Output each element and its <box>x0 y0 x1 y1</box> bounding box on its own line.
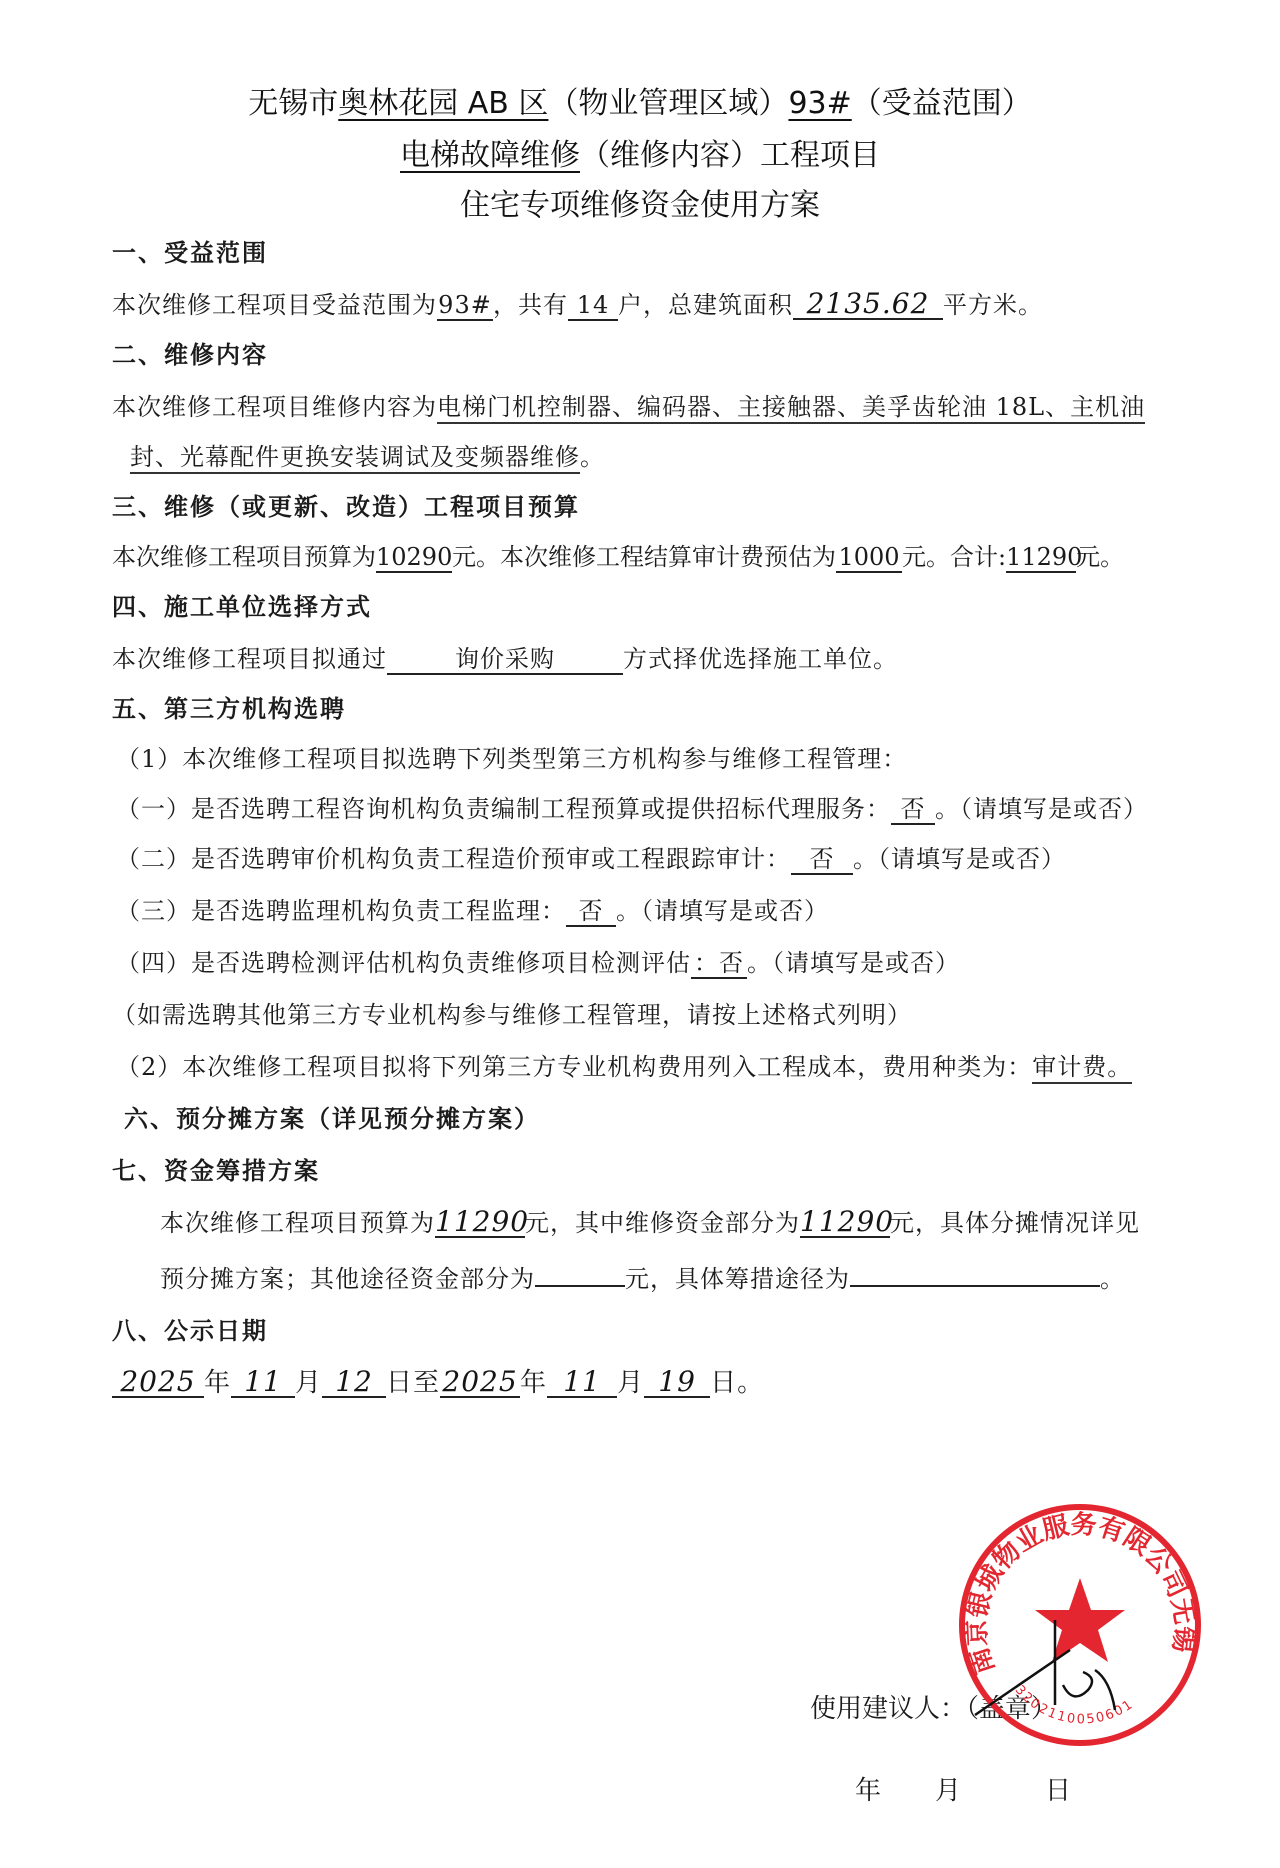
question-2-answer: 否 <box>791 845 853 875</box>
sign-date-month: 月 <box>935 1770 961 1807</box>
question-4-answer: ：否 <box>691 949 747 979</box>
section5-item2: （2）本次维修工程项目拟将下列第三方专业机构费用列入工程成本，费用种类为：审计费… <box>116 1050 1132 1084</box>
question-1-text: （一）是否选聘工程咨询机构负责编制工程预算或提供招标代理服务： <box>116 795 891 823</box>
question-4: （四）是否选聘检测评估机构负责维修项目检测评估：否。（请填写是或否） <box>116 946 960 980</box>
question-2-hint: 。（请填写是或否） <box>853 845 1066 873</box>
section4-text: 本次维修工程项目拟通过询价采购方式择优选择施工单位。 <box>112 642 898 676</box>
section1-prefix: 本次维修工程项目受益范围为 <box>112 291 437 319</box>
section3-heading: 三、维修（或更新、改造）工程项目预算 <box>112 490 580 524</box>
method-field: 询价采购 <box>387 645 623 675</box>
other-method-field <box>850 1285 1100 1287</box>
section1-text: 本次维修工程项目受益范围为93#，共有14户，总建筑面积2135.62平方米。 <box>112 288 1043 322</box>
repair-content-line1: 电梯门机控制器、编码器、主接触器、美孚齿轮油 18L、主机油 <box>437 393 1145 424</box>
question-3-hint: 。（请填写是或否） <box>616 897 829 925</box>
question-3-text: （三）是否选聘监理机构负责工程监理： <box>116 897 566 925</box>
start-day-field: 12 <box>322 1368 386 1398</box>
end-day-label: 日。 <box>710 1368 764 1398</box>
fee-type-label: （2）本次维修工程项目拟将下列第三方专业机构费用列入工程成本，费用种类为： <box>116 1053 1032 1081</box>
households-label: ，共有 <box>493 291 568 319</box>
funding-budget-label: 本次维修工程项目预算为 <box>160 1209 435 1237</box>
question-3-answer: 否 <box>566 897 616 927</box>
section6-heading: 六、预分摊方案（详见预分摊方案） <box>124 1102 540 1136</box>
other-method-label: 元，具体筹措途径为 <box>625 1265 850 1293</box>
section5-item1: （1）本次维修工程项目拟选聘下列类型第三方机构参与维修工程管理： <box>116 742 907 776</box>
question-1: （一）是否选聘工程咨询机构负责编制工程预算或提供招标代理服务：否。（请填写是或否… <box>116 792 1148 826</box>
other-amount-field <box>535 1285 625 1287</box>
repair-content-line2: 封、光幕配件更换安装调试及变频器维修 <box>130 443 580 474</box>
sign-date-day: 日 <box>1045 1770 1071 1807</box>
section2-heading: 二、维修内容 <box>112 338 268 372</box>
section3-text: 本次维修工程项目预算为10290元。本次维修工程结算审计费预估为1000元。合计… <box>112 540 1124 574</box>
title-content-suffix: （维修内容）工程项目 <box>580 138 880 173</box>
question-1-hint: 。（请填写是或否） <box>935 795 1148 823</box>
section2-text-line2: 封、光幕配件更换安装调试及变频器维修。 <box>130 440 605 474</box>
title-content: 电梯故障维修 <box>400 138 580 173</box>
title-scope: 93# <box>788 86 851 121</box>
svg-text:3202110050601: 3202110050601 <box>1012 1683 1137 1728</box>
scope-field: 93# <box>437 291 493 321</box>
fee-type-value: 审计费。 <box>1032 1053 1132 1084</box>
total-label: 元。合计: <box>902 543 1006 571</box>
total-unit: 元。 <box>1076 543 1124 571</box>
start-month-label: 月 <box>295 1368 322 1398</box>
document-title-line3: 住宅专项维修资金使用方案 <box>0 186 1280 226</box>
audit-fee-field: 1000 <box>836 543 902 573</box>
start-year-field: 2025 <box>112 1368 204 1398</box>
sign-date-year: 年 <box>855 1770 881 1807</box>
section1-heading: 一、受益范围 <box>112 236 268 270</box>
audit-fee-label: 元。本次维修工程结算审计费预估为 <box>452 543 836 571</box>
section7-text-line1: 本次维修工程项目预算为11290元，其中维修资金部分为11290元，具体分摊情况… <box>160 1206 1140 1240</box>
question-1-answer: 否 <box>891 795 935 825</box>
section2-prefix: 本次维修工程项目维修内容为 <box>112 393 437 421</box>
document-title-line1: 无锡市奥林花园 AB 区（物业管理区域）93#（受益范围） <box>0 84 1280 124</box>
section2-text-line1: 本次维修工程项目维修内容为电梯门机控制器、编码器、主接触器、美孚齿轮油 18L、… <box>112 390 1145 424</box>
fund-amount-label: 元，其中维修资金部分为 <box>525 1209 800 1237</box>
section8-heading: 八、公示日期 <box>112 1314 268 1348</box>
section2-suffix: 。 <box>580 443 605 471</box>
title-area: 奥林花园 AB 区 <box>338 86 548 121</box>
total-field: 11290 <box>1006 543 1076 573</box>
section7-text-line2: 预分摊方案；其他途径资金部分为元，具体筹措途径为。 <box>160 1262 1125 1296</box>
area-field: 2135.62 <box>793 290 943 320</box>
section4-heading: 四、施工单位选择方式 <box>112 590 372 624</box>
section5-note: （如需选聘其他第三方专业机构参与维修工程管理，请按上述格式列明） <box>112 998 912 1032</box>
area-label: 户，总建筑面积 <box>618 291 793 319</box>
end-month-label: 月 <box>617 1368 644 1398</box>
budget-field: 10290 <box>376 543 452 573</box>
publicity-dates: 2025年11月12日至2025年11月19日。 <box>112 1366 764 1400</box>
other-method-suffix: 。 <box>1100 1265 1125 1293</box>
question-4-hint: 。（请填写是或否） <box>747 949 960 977</box>
section7-heading: 七、资金筹措方案 <box>112 1154 320 1188</box>
end-month-field: 11 <box>547 1368 617 1398</box>
section5-heading: 五、第三方机构选聘 <box>112 692 346 726</box>
end-year-field: 2025 <box>440 1368 520 1398</box>
company-seal-icon: 南京银城物业服务有限公司无锡分公司 3202110050601 <box>955 1500 1205 1750</box>
end-year-label: 年 <box>520 1368 547 1398</box>
funding-budget-field: 11290 <box>435 1208 525 1238</box>
method-label: 本次维修工程项目拟通过 <box>112 645 387 673</box>
document-title-line2: 电梯故障维修（维修内容）工程项目 <box>0 136 1280 176</box>
question-4-text: （四）是否选聘检测评估机构负责维修项目检测评估 <box>116 949 691 977</box>
fund-suffix: 元，具体分摊情况详见 <box>890 1209 1140 1237</box>
seal-code: 3202110050601 <box>1012 1683 1137 1728</box>
title-city: 无锡市 <box>248 86 338 121</box>
end-day-field: 19 <box>644 1368 710 1398</box>
start-month-field: 11 <box>231 1368 295 1398</box>
area-unit: 平方米。 <box>943 291 1043 319</box>
fund-amount-field: 11290 <box>800 1208 890 1238</box>
title-suffix: （受益范围） <box>852 86 1032 121</box>
title-mid: （物业管理区域） <box>548 86 788 121</box>
question-2-text: （二）是否选聘审价机构负责工程造价预审或工程跟踪审计： <box>116 845 791 873</box>
households-field: 14 <box>568 291 618 321</box>
start-year-label: 年 <box>204 1368 231 1398</box>
method-suffix: 方式择优选择施工单位。 <box>623 645 898 673</box>
budget-label: 本次维修工程项目预算为 <box>112 543 376 571</box>
other-amount-label: 预分摊方案；其他途径资金部分为 <box>160 1265 535 1293</box>
day-to-label: 日至 <box>386 1368 440 1398</box>
question-2: （二）是否选聘审价机构负责工程造价预审或工程跟踪审计：否。（请填写是或否） <box>116 842 1066 876</box>
question-3: （三）是否选聘监理机构负责工程监理：否。（请填写是或否） <box>116 894 829 928</box>
